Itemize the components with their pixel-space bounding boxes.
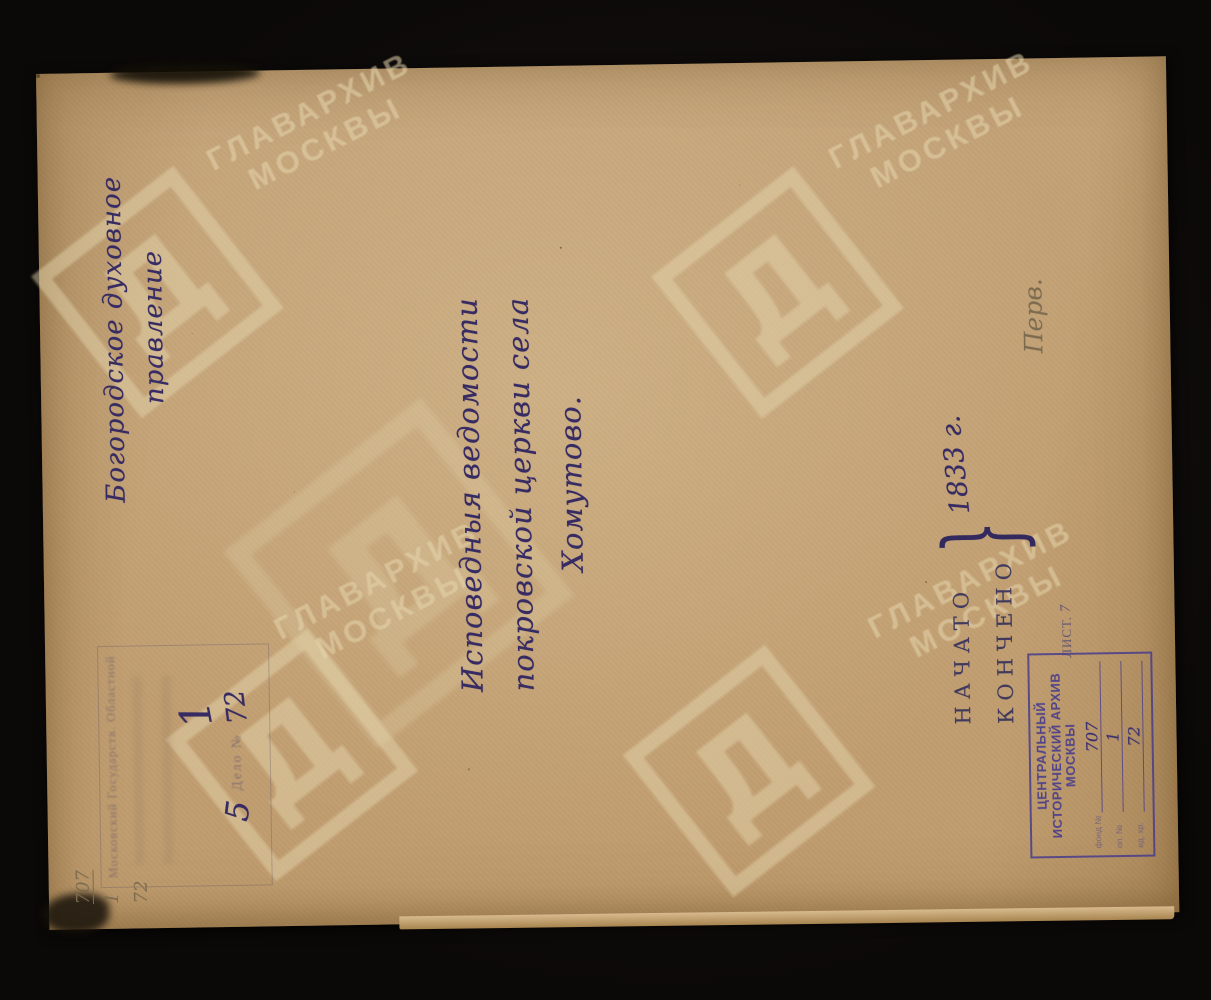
flourish-mark: 5 <box>217 798 257 823</box>
year-value: 1833 г. <box>935 414 976 516</box>
stamp-rows: фонд № 707 оп. № 1 ед. хр. 72 <box>1079 661 1145 849</box>
opis-label: оп. № <box>1113 812 1124 848</box>
case-value: 72 <box>219 687 254 725</box>
stamp-row-edhr: ед. хр. 72 <box>1121 661 1145 848</box>
finished-label: КОНЧЕНО <box>983 556 1029 725</box>
stamp-line3: МОСКВЫ <box>1062 662 1079 849</box>
sender-line2: правление <box>131 152 176 503</box>
title-line1: Исповедныя ведомости <box>441 277 499 693</box>
book-pages-edge <box>399 906 1174 929</box>
stamp-title: ЦЕНТРАЛЬНЫЙ ИСТОРИЧЕСКИЙ АРХИВ МОСКВЫ <box>1033 662 1079 850</box>
started-label: НАЧАТО <box>940 556 986 725</box>
archive-logo-watermark: Д <box>623 645 876 898</box>
fond-value: 707 <box>1082 661 1102 812</box>
pencil-archival-codes: 707 1 72 <box>68 845 155 904</box>
paper-speckles <box>36 74 40 78</box>
document-cover: Д Д Д Д Д ГЛАВАРХИВ МОСКВЫ ГЛАВАРХИВ МОС… <box>36 56 1179 930</box>
logo-letter: Д <box>698 212 856 372</box>
pencil-delo: 72 <box>126 845 156 903</box>
case-label: Дело № <box>228 733 245 790</box>
edhr-label: ед. хр. <box>1134 812 1145 848</box>
stamp-row-fond: фонд № 707 <box>1079 661 1103 848</box>
glavarhiv-watermark: ГЛАВАРХИВ МОСКВЫ <box>823 43 1056 209</box>
archive-stamp: ЦЕНТРАЛЬНЫЙ ИСТОРИЧЕСКИЙ АРХИВ МОСКВЫ фо… <box>1027 652 1155 859</box>
title-line2: покровской церкви села <box>492 276 550 692</box>
logo-frame: Д <box>651 166 904 419</box>
sender-annotation: Богородское духовное правление <box>91 152 180 503</box>
stamp-row-opis: оп. № 1 <box>1100 661 1124 848</box>
fond-label: фонд № <box>1092 812 1103 848</box>
edge-stain <box>110 62 260 84</box>
dates-labels: НАЧАТО КОНЧЕНО <box>940 556 1029 725</box>
logo-letter: Д <box>670 691 828 851</box>
pencil-fond: 707 <box>68 846 98 904</box>
opis-value: 1 <box>1103 661 1123 812</box>
old-inventory-value: 1 <box>169 696 222 732</box>
dates-block: НАЧАТО КОНЧЕНО } 1833 г. <box>935 488 1033 724</box>
pencil-note: Перв. <box>1017 223 1048 353</box>
sender-line1: Богородское духовное <box>91 153 136 504</box>
brace-mark: } <box>937 520 1028 554</box>
faded-text-line <box>132 676 144 864</box>
sheet-label: ЛИСТ. <box>1059 616 1075 658</box>
pencil-opis: 1 <box>97 846 127 904</box>
logo-frame: Д <box>623 645 876 898</box>
document-title: Исповедныя ведомости покровской церкви с… <box>441 275 605 692</box>
sheet-value: 7 <box>1058 604 1073 612</box>
title-line3: Хомутово. <box>543 275 601 691</box>
sheet-count-note: ЛИСТ. 7 <box>1058 586 1075 658</box>
scan-background: Д Д Д Д Д ГЛАВАРХИВ МОСКВЫ ГЛАВАРХИВ МОС… <box>0 0 1211 1000</box>
edhr-value: 72 <box>1124 661 1144 812</box>
old-case-row: 5 Дело № 72 <box>217 689 257 821</box>
archive-logo-watermark: Д <box>651 166 904 419</box>
